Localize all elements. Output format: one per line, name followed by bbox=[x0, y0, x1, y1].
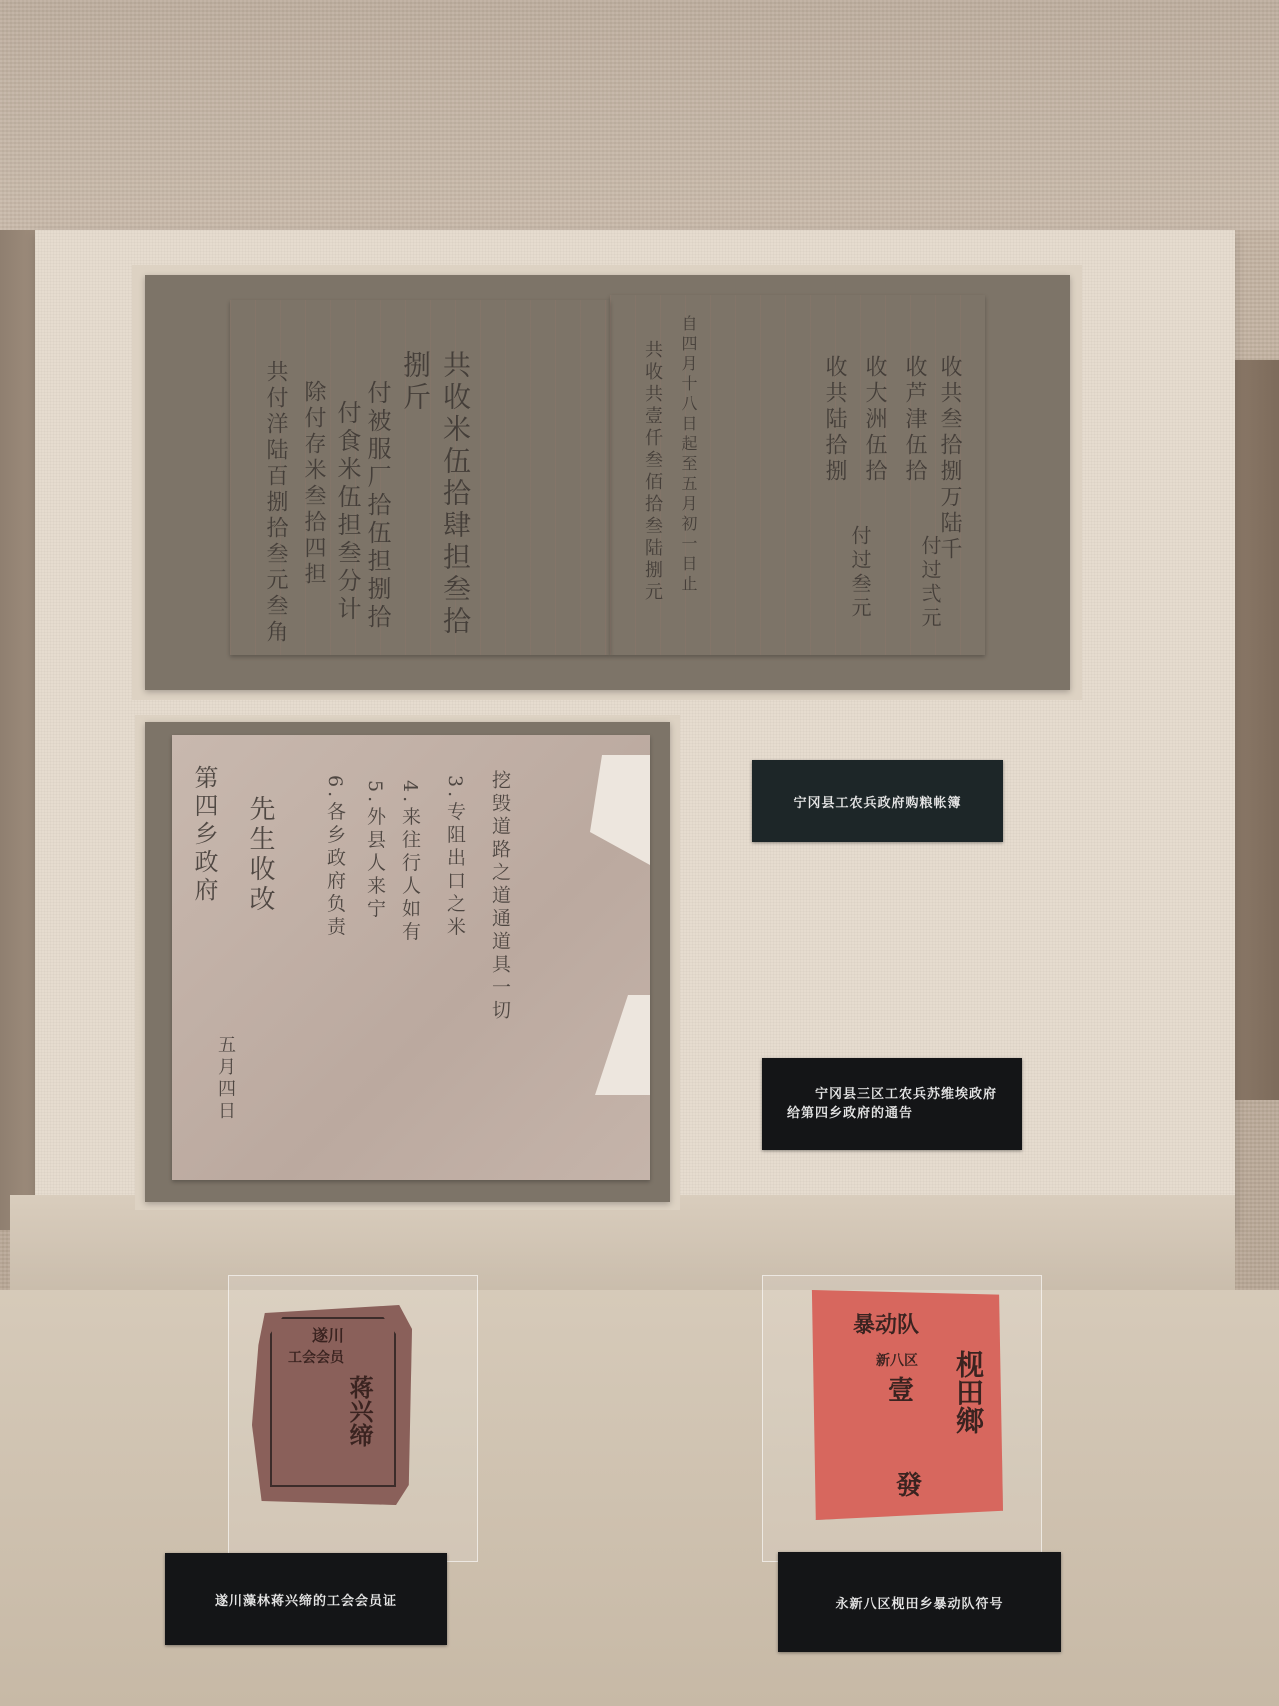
ledger-left-col: 付食米伍担叁分计 bbox=[330, 400, 365, 624]
riot-badge-title: 暴动队 bbox=[853, 1308, 919, 1339]
ledger-right-page: 收共叁拾捌万陆千 收芦津伍拾 收大洲伍拾 收共陆拾捌 付过弍元 付过叁元 自四月… bbox=[610, 295, 985, 655]
riot-badge-number: 壹 bbox=[888, 1370, 914, 1407]
notice-body: 挖毁道路之道通道具一切 bbox=[487, 770, 514, 1023]
riot-badge-subtitle: 新八区 bbox=[876, 1350, 918, 1370]
union-card-label: 遂川藻林蒋兴缔的工会会员证 bbox=[165, 1553, 447, 1645]
union-card-badge: 遂川 工会会员 蒋兴缔 bbox=[252, 1305, 412, 1505]
notice-body: 6.各乡政府负责 bbox=[322, 775, 349, 939]
notice-tear bbox=[595, 995, 650, 1095]
ledger-left-col: 共付洋陆百捌拾叁元叁角 bbox=[260, 360, 291, 646]
riot-team-badge: 暴动队 新八区 壹 枧田鄉 發 bbox=[808, 1290, 1003, 1520]
ledger-left-col: 共收米伍拾肆担叁拾捌斤 bbox=[395, 350, 475, 655]
notice-body: 5.外县人来宁 bbox=[362, 780, 389, 921]
notice-label-line1: 宁冈县三区工农兵苏维埃政府 bbox=[787, 1085, 997, 1104]
notice-heading: 先生收改 bbox=[242, 795, 279, 915]
ledger-right-col: 付过叁元 bbox=[846, 525, 875, 621]
ledger-right-col: 收共陆拾捌 bbox=[819, 355, 850, 485]
notice-date: 五月四日 bbox=[212, 1035, 238, 1123]
ledger-left-col: 除付存米叁拾四担 bbox=[298, 380, 329, 588]
ledger-label: 宁冈县工农兵政府购粮帐簿 bbox=[752, 760, 1003, 842]
riot-team-label: 永新八区枧田乡暴动队符号 bbox=[778, 1552, 1061, 1652]
ledger-right-col: 收共叁拾捌万陆千 bbox=[934, 355, 965, 563]
union-card-header: 遂川 bbox=[312, 1323, 344, 1346]
riot-badge-village: 枧田鄉 bbox=[948, 1350, 988, 1434]
ledger-left-col: 付被服厂拾伍担捌拾 bbox=[360, 380, 395, 632]
riot-badge-footer: 發 bbox=[896, 1465, 922, 1502]
union-card-name: 蒋兴缔 bbox=[342, 1375, 377, 1447]
glass-glare bbox=[0, 0, 1279, 230]
union-card-center: 工会会员 bbox=[288, 1347, 344, 1367]
ledger-left-page: 共收米伍拾肆担叁拾捌斤 付被服厂拾伍担捌拾 付食米伍担叁分计 除付存米叁拾四担 … bbox=[230, 300, 610, 655]
notice-body: 3.专阻出口之米 bbox=[442, 775, 469, 939]
notice-label-text: 宁冈县三区工农兵苏维埃政府 给第四乡政府的通告 bbox=[787, 1085, 997, 1123]
ledger-right-col: 收芦津伍拾 bbox=[899, 355, 930, 485]
ledger-right-col: 收大洲伍拾 bbox=[859, 355, 890, 485]
ledger-right-col: 付过弍元 bbox=[916, 535, 945, 631]
ledger-right-col: 共收共壹仟叁佰拾叁陆捌元 bbox=[639, 340, 665, 604]
notice-label-line2: 给第四乡政府的通告 bbox=[787, 1104, 997, 1123]
ledger-label-text: 宁冈县工农兵政府购粮帐簿 bbox=[793, 792, 961, 811]
notice-tear bbox=[590, 755, 650, 865]
notice-document: 第四乡政府 先生收改 挖毁道路之道通道具一切 3.专阻出口之米 4.来往行人如有… bbox=[172, 735, 650, 1180]
riot-team-label-text: 永新八区枧田乡暴动队符号 bbox=[835, 1593, 1003, 1612]
notice-label: 宁冈县三区工农兵苏维埃政府 给第四乡政府的通告 bbox=[762, 1058, 1022, 1150]
ledger-right-col: 自四月十八日起至五月初一日止 bbox=[677, 315, 700, 595]
notice-body: 4.来往行人如有 bbox=[397, 780, 424, 944]
display-plinth bbox=[10, 1195, 1235, 1295]
union-card-label-text: 遂川藻林蒋兴缔的工会会员证 bbox=[215, 1590, 397, 1609]
notice-heading: 第四乡政府 bbox=[187, 765, 222, 905]
